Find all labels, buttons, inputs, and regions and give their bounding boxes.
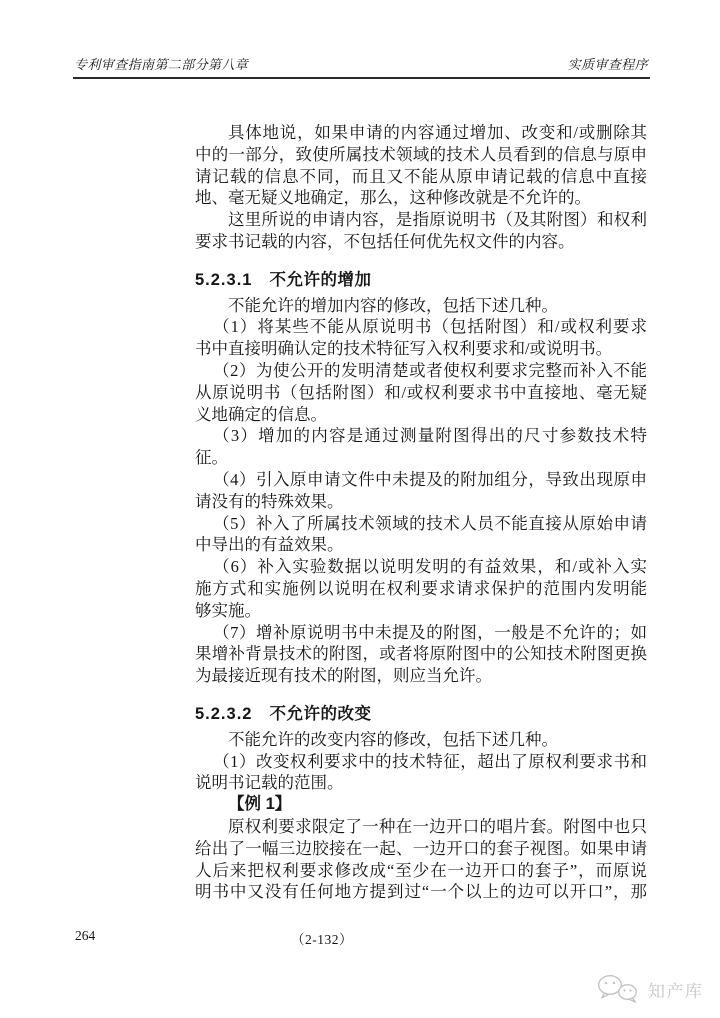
- text-line: 不能允许的改变内容的修改，包括下述几种。: [195, 729, 647, 751]
- text-line: 施方式和实施例以说明在权利要求请求保护的范围内发明能: [195, 578, 647, 600]
- document-body: 具体地说，如果申请的内容通过增加、改变和/或删除其中的一部分，致使所属技术领域的…: [195, 122, 647, 903]
- text-line: （6）补入实验数据以说明发明的有益效果，和/或补入实: [195, 556, 647, 578]
- text-line: 书中直接明确认定的技术特征写入权利要求和/或说明书。: [195, 338, 647, 360]
- text-line: 明书中又没有任何地方提到过“一个以上的边可以开口”，那: [195, 881, 647, 903]
- text-line: （3）增加的内容是通过测量附图得出的尺寸参数技术特: [195, 425, 647, 447]
- document-page: 专利审查指南第二部分第八章 实质审查程序 具体地说，如果申请的内容通过增加、改变…: [0, 0, 720, 1018]
- watermark-label: 知产库: [648, 977, 704, 1002]
- volume-page-label: （2-132）: [262, 928, 382, 948]
- text-line: （1）将某些不能从原说明书（包括附图）和/或权利要求: [195, 316, 647, 338]
- text-line: 人后来把权利要求修改成“至少在一边开口的套子”，而原说: [195, 860, 647, 882]
- text-line: 具体地说，如果申请的内容通过增加、改变和/或删除其: [195, 122, 647, 144]
- text-line: （1）改变权利要求中的技术特征，超出了原权利要求书和: [195, 751, 647, 773]
- text-line: 从原说明书（包括附图）和/或权利要求书中直接地、毫无疑: [195, 382, 647, 404]
- text-line: 够实施。: [195, 600, 647, 622]
- text-line: 请没有的特殊效果。: [195, 491, 647, 513]
- text-line: 为最接近现有技术的附图，则应当允许。: [195, 665, 647, 687]
- section-title: 不允许的改变: [269, 705, 371, 723]
- text-line: 请记载的信息不同，而且又不能从原申请记载的信息中直接: [195, 166, 647, 188]
- text-line: （2）为使公开的发明清楚或者使权利要求完整而补入不能: [195, 360, 647, 382]
- text-line: 要求书记载的内容，不包括任何优先权文件的内容。: [195, 231, 647, 253]
- text-line: 原权利要求限定了一种在一边开口的唱片套。附图中也只: [195, 816, 647, 838]
- text-line: （7）增补原说明书中未提及的附图，一般是不允许的；如: [195, 622, 647, 644]
- header-rule: [73, 77, 650, 79]
- text-line: 征。: [195, 447, 647, 469]
- text-line: 中导出的有益效果。: [195, 534, 647, 556]
- section-heading: 5.2.3.2不允许的改变: [195, 704, 647, 726]
- text-line: 中的一部分，致使所属技术领域的技术人员看到的信息与原申: [195, 144, 647, 166]
- section-number: 5.2.3.1: [195, 271, 252, 289]
- page-number: 264: [75, 928, 95, 944]
- section-title: 不允许的增加: [269, 271, 371, 289]
- text-line: 地、毫无疑义地确定，那么，这种修改就是不允许的。: [195, 187, 647, 209]
- text-line: 这里所说的申请内容，是指原说明书（及其附图）和权利: [195, 209, 647, 231]
- section-heading: 5.2.3.1不允许的增加: [195, 270, 647, 292]
- text-line: 果增补背景技术的附图，或者将原附图中的公知技术附图更换: [195, 643, 647, 665]
- text-line: （4）引入原申请文件中未提及的附加组分，导致出现原申: [195, 469, 647, 491]
- text-line: （5）补入了所属技术领域的技术人员不能直接从原始申请: [195, 513, 647, 535]
- text-line: 义地确定的信息。: [195, 404, 647, 426]
- header-left-title: 专利审查指南第二部分第八章: [74, 54, 248, 73]
- text-line: 不能允许的增加内容的修改，包括下述几种。: [195, 295, 647, 317]
- section-number: 5.2.3.2: [195, 705, 252, 723]
- header-right-title: 实质审查程序: [568, 54, 648, 73]
- text-line: 给出了一幅三边胶接在一起、一边开口的套子视图。如果申请: [195, 838, 647, 860]
- example-label: 【例 1】: [195, 794, 647, 816]
- wechat-icon: [596, 974, 642, 1004]
- text-line: 说明书记载的范围。: [195, 772, 647, 794]
- watermark: 知产库: [596, 974, 704, 1004]
